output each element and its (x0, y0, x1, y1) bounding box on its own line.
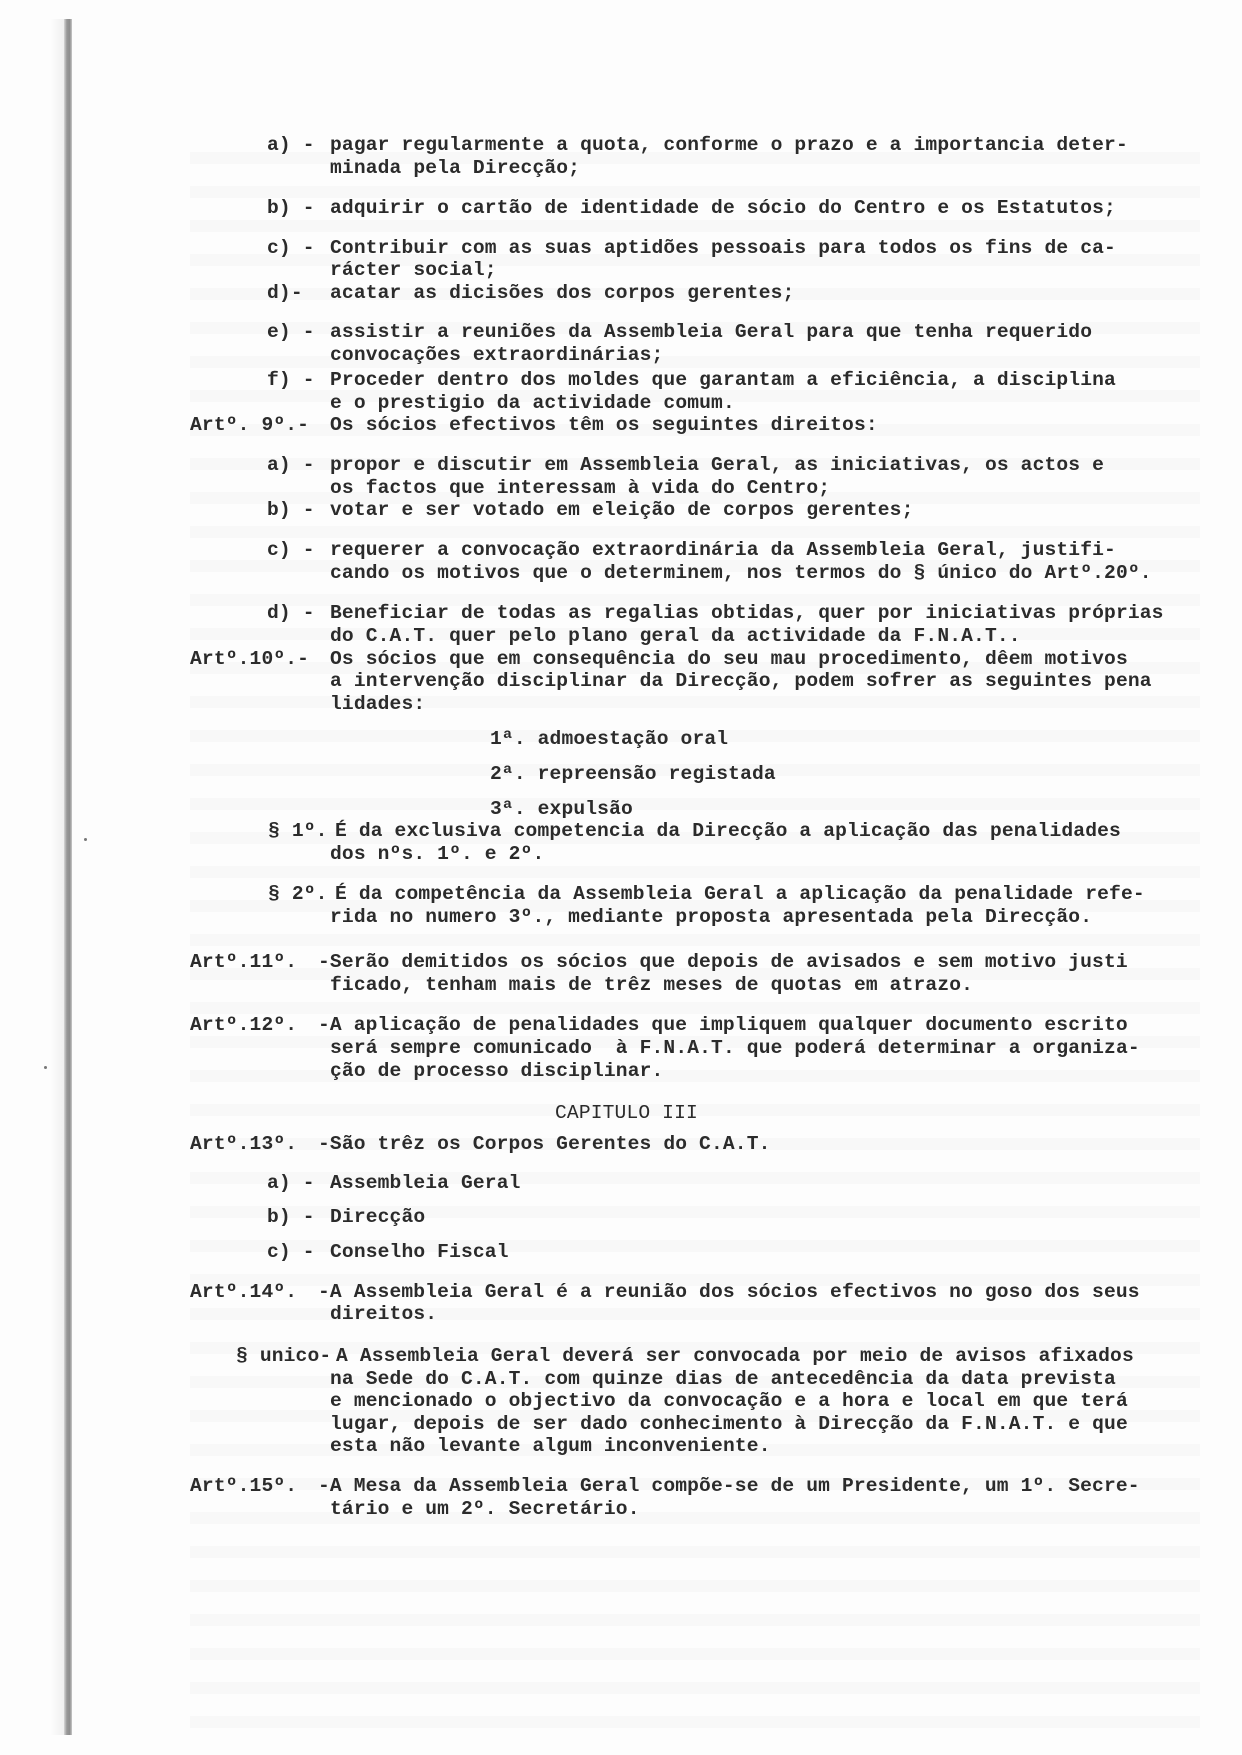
paragraph-text: na Sede do C.A.T. com quinze dias de ant… (330, 1368, 1116, 1390)
list-item-label: b) - (267, 499, 315, 521)
article-text: Os sócios que em consequência do seu mau… (330, 648, 1128, 670)
article-text: será sempre comunicado à F.N.A.T. que po… (330, 1037, 1140, 1059)
list-item-text: propor e discutir em Assembleia Geral, a… (330, 454, 1104, 476)
article-text: direitos. (330, 1303, 437, 1325)
list-item-text: os factos que interessam à vida do Centr… (330, 477, 830, 499)
article-heading: Artº. 9º.- (190, 414, 309, 436)
list-item-label: c) - (267, 539, 315, 561)
article-text: -São trêz os Corpos Gerentes do C.A.T. (318, 1133, 771, 1155)
paragraph-text: esta não levante algum inconveniente. (330, 1435, 771, 1457)
list-item-label: b) - (267, 197, 315, 219)
article-text: lidades: (330, 693, 425, 715)
list-item-label: d)- (267, 282, 303, 304)
list-item-text: votar e ser votado em eleição de corpos … (330, 499, 914, 521)
article-heading: Artº.10º.- (190, 648, 309, 670)
list-item-text: do C.A.T. quer pelo plano geral da activ… (330, 625, 1021, 647)
list-item-label: c) - (267, 1241, 315, 1263)
article-text: -A Mesa da Assembleia Geral compõe-se de… (318, 1475, 1140, 1497)
list-item-text: adquirir o cartão de identidade de sócio… (330, 197, 1116, 219)
article-text: ficado, tenham mais de trêz meses de quo… (330, 974, 973, 996)
paragraph-text: dos nºs. 1º. e 2º. (330, 843, 544, 865)
article-text: tário e um 2º. Secretário. (330, 1498, 640, 1520)
list-item-text: Conselho Fiscal (330, 1241, 509, 1263)
article-heading: Artº.11º. (190, 951, 297, 973)
list-item-text: Proceder dentro dos moldes que garantam … (330, 369, 1116, 391)
article-text: ção de processo disciplinar. (330, 1060, 663, 1082)
chapter-heading: CAPITULO III (555, 1102, 698, 1124)
paragraph-text: É da competência da Assembleia Geral a a… (335, 883, 1145, 905)
penalty-item: 1ª. admoestação oral (490, 728, 728, 750)
list-item-label: f) - (267, 369, 315, 391)
scan-speck (84, 838, 87, 841)
list-item-label: a) - (267, 1172, 315, 1194)
paragraph-label: § 2º. (268, 883, 328, 905)
list-item-text: Direcção (330, 1206, 425, 1228)
paragraph-text: A Assembleia Geral deverá ser convocada … (336, 1345, 1134, 1367)
page-binding-edge (64, 19, 72, 1735)
article-text: -Serão demitidos os sócios que depois de… (318, 951, 1128, 973)
article-text: -A Assembleia Geral é a reunião dos sóci… (318, 1281, 1140, 1303)
list-item-text: Contribuir com as suas aptidões pessoais… (330, 237, 1116, 259)
list-item-text: pagar regularmente a quota, conforme o p… (330, 134, 1128, 156)
list-item-text: acatar as dicisões dos corpos gerentes; (330, 282, 794, 304)
article-heading: Artº.12º. (190, 1014, 297, 1036)
list-item-label: a) - (267, 134, 315, 156)
list-item-label: b) - (267, 1206, 315, 1228)
list-item-text: rácter social; (330, 259, 497, 281)
list-item-label: d) - (267, 602, 315, 624)
article-text: a intervenção disciplinar da Direcção, p… (330, 670, 1152, 692)
list-item-text: requerer a convocação extraordinária da … (330, 539, 1116, 561)
list-item-label: a) - (267, 454, 315, 476)
page-binding-shadow (50, 19, 64, 1735)
paragraph-text: e mencionado o objectivo da convocação e… (330, 1390, 1128, 1412)
list-item-text: cando os motivos que o determinem, nos t… (330, 562, 1152, 584)
list-item-text: minada pela Direcção; (330, 157, 580, 179)
list-item-label: e) - (267, 321, 315, 343)
article-text: Os sócios efectivos têm os seguintes dir… (330, 414, 878, 436)
article-heading: Artº.13º. (190, 1133, 297, 1155)
list-item-text: convocações extraordinárias; (330, 344, 663, 366)
scan-speck (44, 1066, 47, 1069)
paragraph-label: § 1º. (268, 820, 328, 842)
list-item-text: e o prestigio da actividade comum. (330, 392, 735, 414)
paragraph-text: rida no numero 3º., mediante proposta ap… (330, 906, 1092, 928)
list-item-text: Assembleia Geral (330, 1172, 521, 1194)
paragraph-label: § unico- (236, 1345, 331, 1367)
article-heading: Artº.14º. (190, 1281, 297, 1303)
paragraph-text: lugar, depois de ser dado conhecimento à… (330, 1413, 1128, 1435)
penalty-item: 3ª. expulsão (490, 798, 633, 820)
list-item-label: c) - (267, 237, 315, 259)
article-text: -A aplicação de penalidades que implique… (318, 1014, 1128, 1036)
penalty-item: 2ª. repreensão registada (490, 763, 776, 785)
list-item-text: assistir a reuniões da Assembleia Geral … (330, 321, 1092, 343)
paragraph-text: É da exclusiva competencia da Direcção a… (335, 820, 1121, 842)
article-heading: Artº.15º. (190, 1475, 297, 1497)
list-item-text: Beneficiar de todas as regalias obtidas,… (330, 602, 1164, 624)
